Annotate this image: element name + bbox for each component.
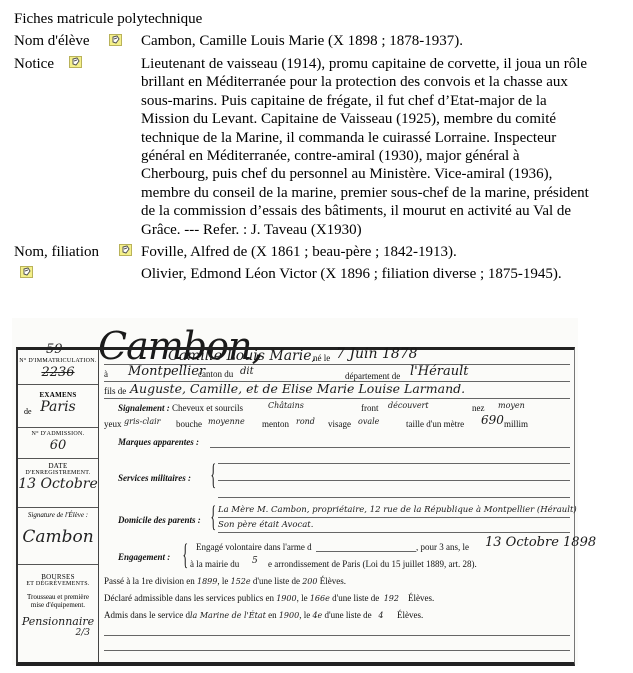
- scan-birth-date: 7 Juin 1878: [336, 346, 418, 362]
- scan-admission-cell: N° d'admission. 60: [18, 428, 98, 459]
- edit-note-icon[interactable]: [20, 266, 33, 278]
- scan-departement: l'Hérault: [410, 364, 468, 379]
- scan-engagement-date: 13 Octobre 1898: [485, 535, 596, 550]
- notice-line: sous-marins. Puis capitaine de frégate, …: [141, 92, 623, 110]
- nom-eleve-label: Nom d'élève: [14, 32, 90, 50]
- scan-left-column: 59 N° d'immatriculation. 2236 Examens de…: [18, 350, 99, 662]
- notice-line: membre du conseil de la marine, premier …: [141, 184, 623, 202]
- edit-note-icon[interactable]: [69, 56, 82, 68]
- scan-birth-place: Montpellier: [128, 364, 205, 379]
- filiation-entry[interactable]: Foville, Alfred de (X 1861 ; beau-père ;…: [141, 243, 623, 261]
- notice-line: de la commission d’essais des bâtiments,…: [141, 202, 623, 220]
- notice-line: technique de la Marine, il commanda le c…: [141, 129, 623, 147]
- notice-line: Grâce. --- Refer. : J. Taveau (X1930): [141, 221, 623, 239]
- edit-note-icon[interactable]: [109, 34, 122, 46]
- scan-domicile-line1: La Mère M. Cambon, propriétaire, 12 rue …: [218, 505, 577, 515]
- scan-immatriculation-cell: 59 N° d'immatriculation. 2236: [18, 350, 98, 385]
- scan-frame: 59 N° d'immatriculation. 2236 Examens de…: [16, 347, 575, 666]
- page-title: Fiches matricule polytechnique: [14, 10, 202, 28]
- scan-given-names: Camille Louis Marie,: [168, 348, 316, 364]
- scan-bourses-cell: Bourses et dégrèvements. Trousseau et pr…: [18, 565, 98, 659]
- nom-eleve-value: Cambon, Camille Louis Marie (X 1898 ; 18…: [141, 32, 623, 50]
- filiation-entry[interactable]: Olivier, Edmond Léon Victor (X 1896 ; fi…: [141, 265, 623, 283]
- filiation-label: Nom, filiation: [14, 243, 99, 261]
- scan-examens-cell: Examens de Paris: [18, 385, 98, 428]
- edit-note-icon[interactable]: [119, 244, 132, 256]
- notice-line: brillant en Méditerranée pour la protect…: [141, 73, 623, 91]
- notice-line: Cherbourg, puis chef du personnel au Min…: [141, 165, 623, 183]
- notice-line: Mission du Levant. Capitaine de Vaisseau…: [141, 110, 623, 128]
- scan-domicile-line2: Son père était Avocat.: [218, 520, 313, 530]
- notice-text: Lieutenant de vaisseau (1914), promu cap…: [141, 55, 623, 239]
- notice-line: général en Méditerranée, contre-amiral (…: [141, 147, 623, 165]
- scan-date-cell: Date d'enregistrement. 13 Octobre: [18, 459, 98, 508]
- notice-line: Lieutenant de vaisseau (1914), promu cap…: [141, 55, 623, 73]
- scan-signature-cell: Signature de l'Élève : Cambon: [18, 508, 98, 565]
- scan-parents: Auguste, Camille, et de Elise Marie Loui…: [130, 381, 465, 396]
- scanned-register-image: Cambon, 59 N° d'immatriculation. 2236 Ex…: [12, 318, 578, 665]
- notice-label: Notice: [14, 55, 54, 73]
